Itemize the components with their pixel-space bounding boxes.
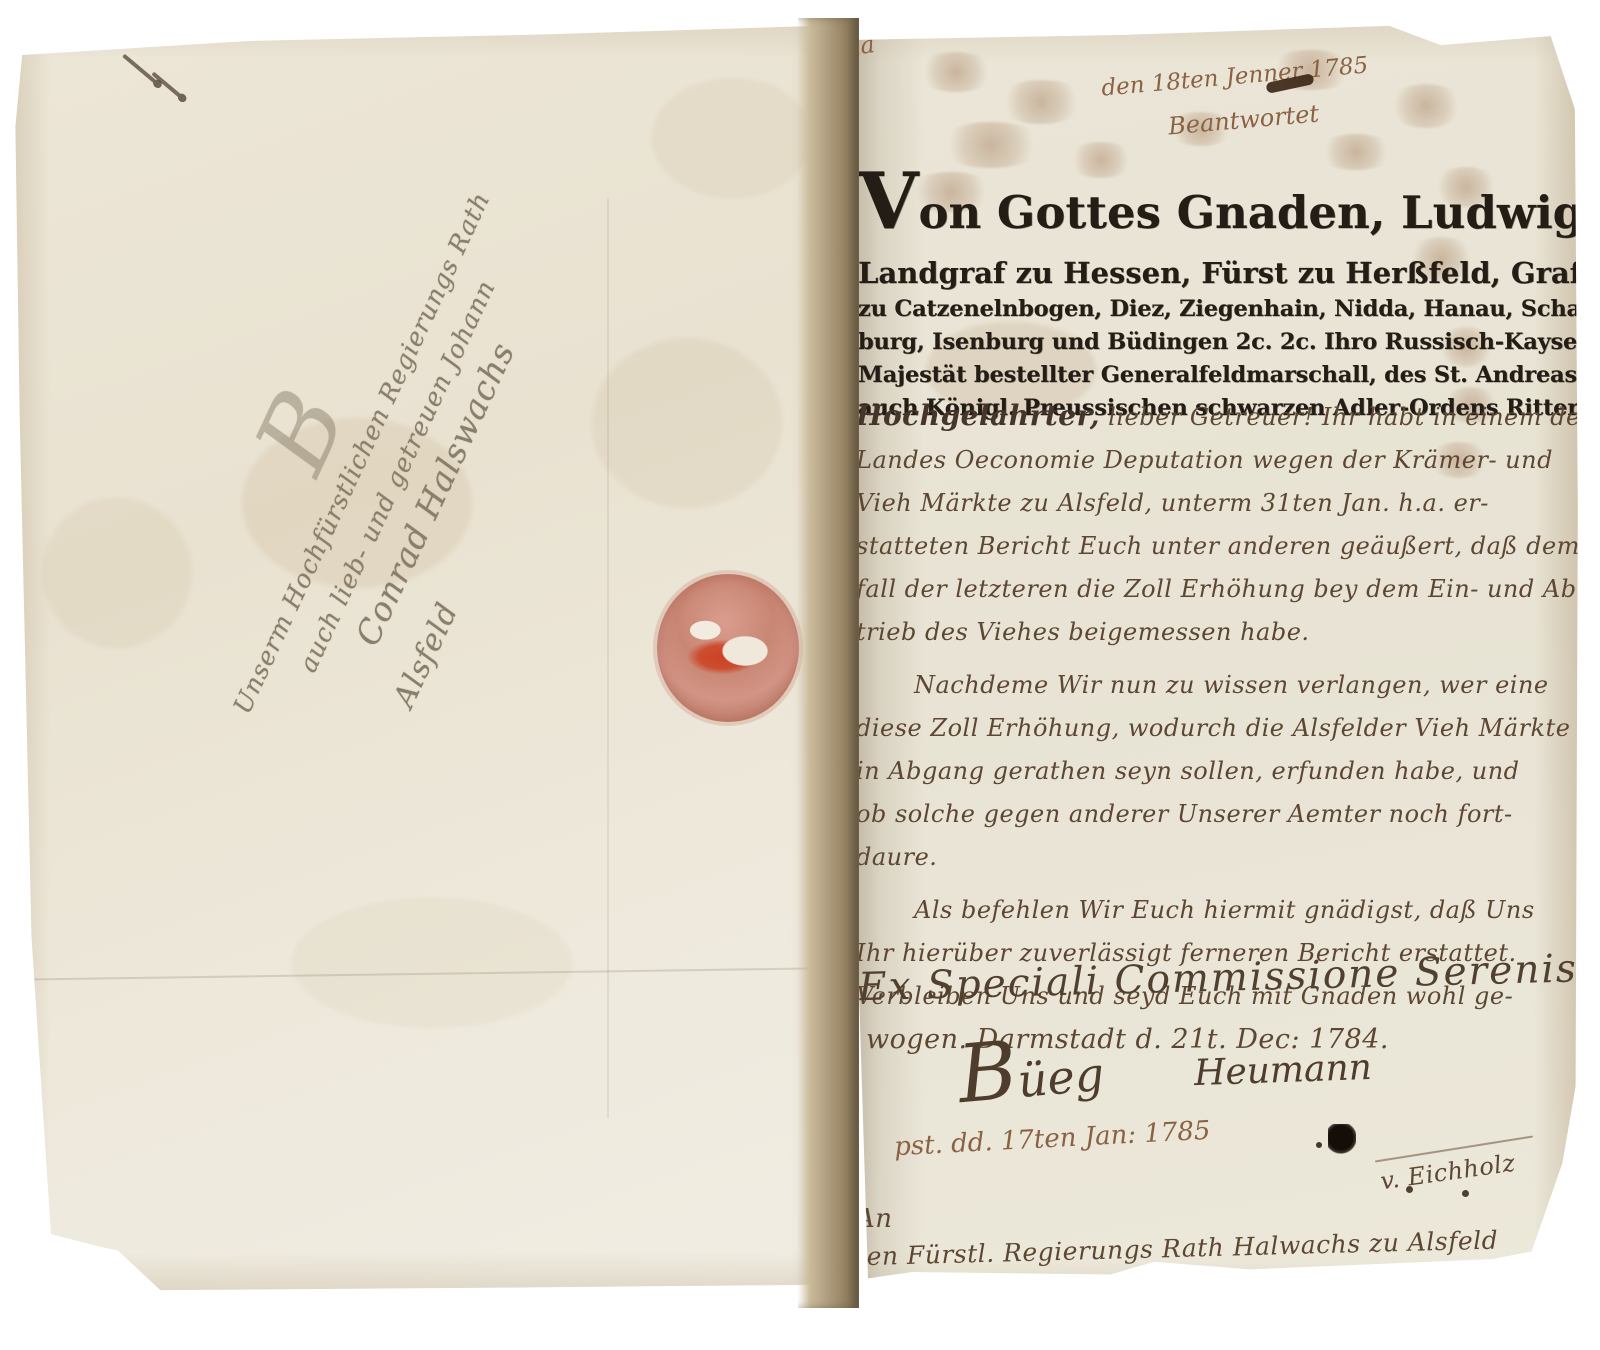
paper-stain	[652, 78, 812, 198]
pen-stroke-mark	[122, 54, 160, 87]
handwritten-line: trieb des Viehes beigemessen habe.	[856, 611, 1562, 654]
document-spread: B Unserm Hochfürstlichen Regierungs Rath…	[0, 0, 1600, 1350]
recipient-note-an: An	[856, 1204, 893, 1234]
body-text: lieber Getreuer! Ihr habt in einem der U…	[1108, 403, 1600, 431]
printed-heading: Von Gottes Gnaden, Ludwig, Landgraf zu H…	[858, 172, 1566, 425]
body-paragraph-1: Landes Oeconomie Deputation wegen der Kr…	[856, 439, 1562, 654]
right-page: aa den 18ten Jenner 1785 Beantwortet Von…	[846, 22, 1580, 1304]
handwritten-line: ob solche gegen anderer Unserer Aemter n…	[856, 793, 1562, 836]
handwritten-line: fall der letzteren die Zoll Erhöhung bey…	[856, 568, 1562, 611]
pinhole	[1462, 1190, 1469, 1197]
received-date-note: den 18ten Jenner 1785	[1100, 52, 1369, 101]
handwritten-line: diese Zoll Erhöhung, wodurch die Alsfeld…	[856, 707, 1562, 750]
heading-line: burg, Isenburg und Büdingen 2c. 2c. Ihro…	[858, 326, 1566, 359]
recipient-note-line: den Fürstl. Regierungs Rath Halwachs zu …	[850, 1226, 1499, 1272]
ink-bleed-mark	[1316, 134, 1396, 170]
body-paragraph-1-first-line: Hochgelahrter, lieber Getreuer! Ihr habt…	[856, 394, 1562, 439]
handwritten-line: Vieh Märkte zu Alsfeld, unterm 31ten Jan…	[856, 482, 1562, 525]
heading-line: Landgraf zu Hessen, Fürst zu Herßfeld, G…	[858, 253, 1566, 293]
gutter-fold	[798, 18, 859, 1308]
handwritten-line: daure.	[856, 836, 1562, 879]
presented-note: pst. dd. 17ten Jan: 1785	[893, 1116, 1211, 1163]
handwritten-line: Landes Oeconomie Deputation wegen der Kr…	[856, 439, 1562, 482]
heading-title-line: Von Gottes Gnaden, Ludwig,	[858, 172, 1566, 243]
paper-stain	[292, 898, 572, 1028]
signature-right: Heumann	[1193, 1047, 1372, 1094]
signature-left: Büeg	[954, 1016, 1107, 1121]
left-page: B Unserm Hochfürstlichen Regierungs Rath…	[12, 18, 860, 1294]
heading-line: zu Catzenelnbogen, Diez, Ziegenhain, Nid…	[858, 293, 1566, 326]
handwritten-line: statteten Bericht Euch unter anderen geä…	[856, 525, 1562, 568]
answered-note: Beantwortet	[1167, 99, 1320, 140]
heading-line: Majestät bestellter Generalfeldmarschall…	[858, 359, 1566, 392]
ink-bleed-mark	[1386, 84, 1466, 128]
address-block: B Unserm Hochfürstlichen Regierungs Rath…	[144, 160, 680, 807]
handwritten-line: in Abgang gerathen seyn sollen, erfunden…	[856, 750, 1562, 793]
ink-blot	[1328, 1124, 1356, 1154]
ink-bleed-mark	[936, 122, 1046, 168]
salutation: Hochgelahrter,	[856, 399, 1100, 432]
handwritten-line: Nachdeme Wir nun zu wissen verlangen, we…	[856, 664, 1562, 707]
ink-bleed-mark	[996, 80, 1086, 124]
wax-seal	[657, 574, 799, 722]
body-paragraph-2: Nachdeme Wir nun zu wissen verlangen, we…	[856, 664, 1562, 879]
handwritten-line: Als befehlen Wir Euch hiermit gnädigst, …	[856, 889, 1562, 932]
ink-bleed-mark	[916, 52, 996, 92]
